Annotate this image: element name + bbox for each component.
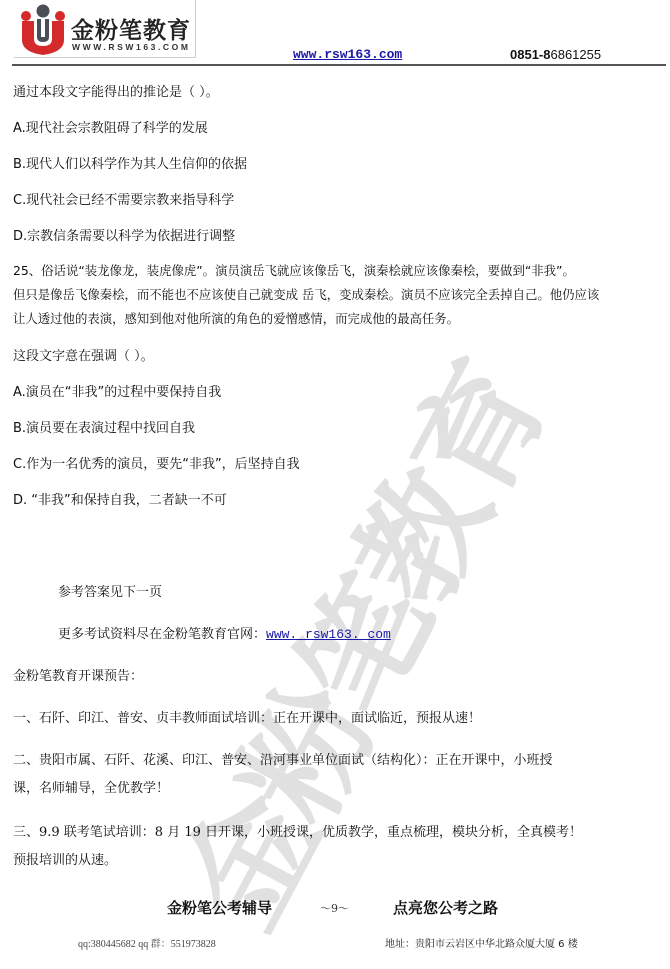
q24-option-d: D.宗教信条需要以科学为依据进行调整 (13, 225, 235, 244)
q25-passage-line-3: 让人透过他的表演，感知到他对他所演的角色的爱憎感情，而完成他的最高任务。 (13, 309, 459, 327)
q25-option-a: A.演员在“非我”的过程中要保持自我 (13, 381, 221, 400)
q25-option-c: C.作为一名优秀的演员，要先“非我”，后坚持自我 (13, 453, 300, 472)
announcement-item-3: 三、9.9 联考笔试培训：8 月 19 日开课，小班授课，优质教学，重点梳理，模… (13, 821, 582, 840)
q25-option-d: D. “非我”和保持自我，二者缺一不可 (13, 489, 227, 508)
announcement-item-2: 二、贵阳市属、石阡、花溪、印江、普安、沿河事业单位面试（结构化）：正在开课中，小… (13, 749, 553, 768)
more-info-label: 更多考试资料尽在金粉笔教育官网： (58, 627, 266, 642)
q25-passage-line-1: 25、俗话说“装龙像龙，装虎像虎”。演员演岳飞就应该像岳飞，演秦桧就应该像秦桧，… (13, 261, 575, 279)
more-info: 更多考试资料尽在金粉笔教育官网：www. rsw163. com (58, 623, 391, 642)
q24-option-a: A.现代社会宗教阻碍了科学的发展 (13, 117, 208, 136)
q25-passage-line-2: 但只是像岳飞像秦桧，而不能也不应该使自己就变成 岳飞，变成秦桧。演员不应该完全丢… (13, 285, 599, 303)
q25-stem: 这段文字意在强调（ ）。 (13, 345, 154, 364)
document-body: 通过本段文字能得出的推论是（ ）。 A.现代社会宗教阻碍了科学的发展 B.现代人… (0, 0, 670, 969)
more-info-link[interactable]: www. rsw163. com (266, 627, 391, 642)
announcement-item-3-cont: 预报培训的从速。 (13, 849, 117, 868)
announcement-item-2-cont: 课，名师辅导，全优教学！ (13, 777, 169, 796)
answer-hint: 参考答案见下一页 (58, 581, 162, 600)
announcement-title: 金粉笔教育开课预告： (13, 665, 143, 684)
announcement-item-1: 一、石阡、印江、普安、贞丰教师面试培训：正在开课中，面试临近，预报从速！ (13, 707, 481, 726)
q24-option-c: C.现代社会已经不需要宗教来指导科学 (13, 189, 234, 208)
q24-option-b: B.现代人们以科学作为其人生信仰的依据 (13, 153, 247, 172)
q25-option-b: B.演员要在表演过程中找回自我 (13, 417, 195, 436)
q24-stem: 通过本段文字能得出的推论是（ ）。 (13, 81, 219, 100)
